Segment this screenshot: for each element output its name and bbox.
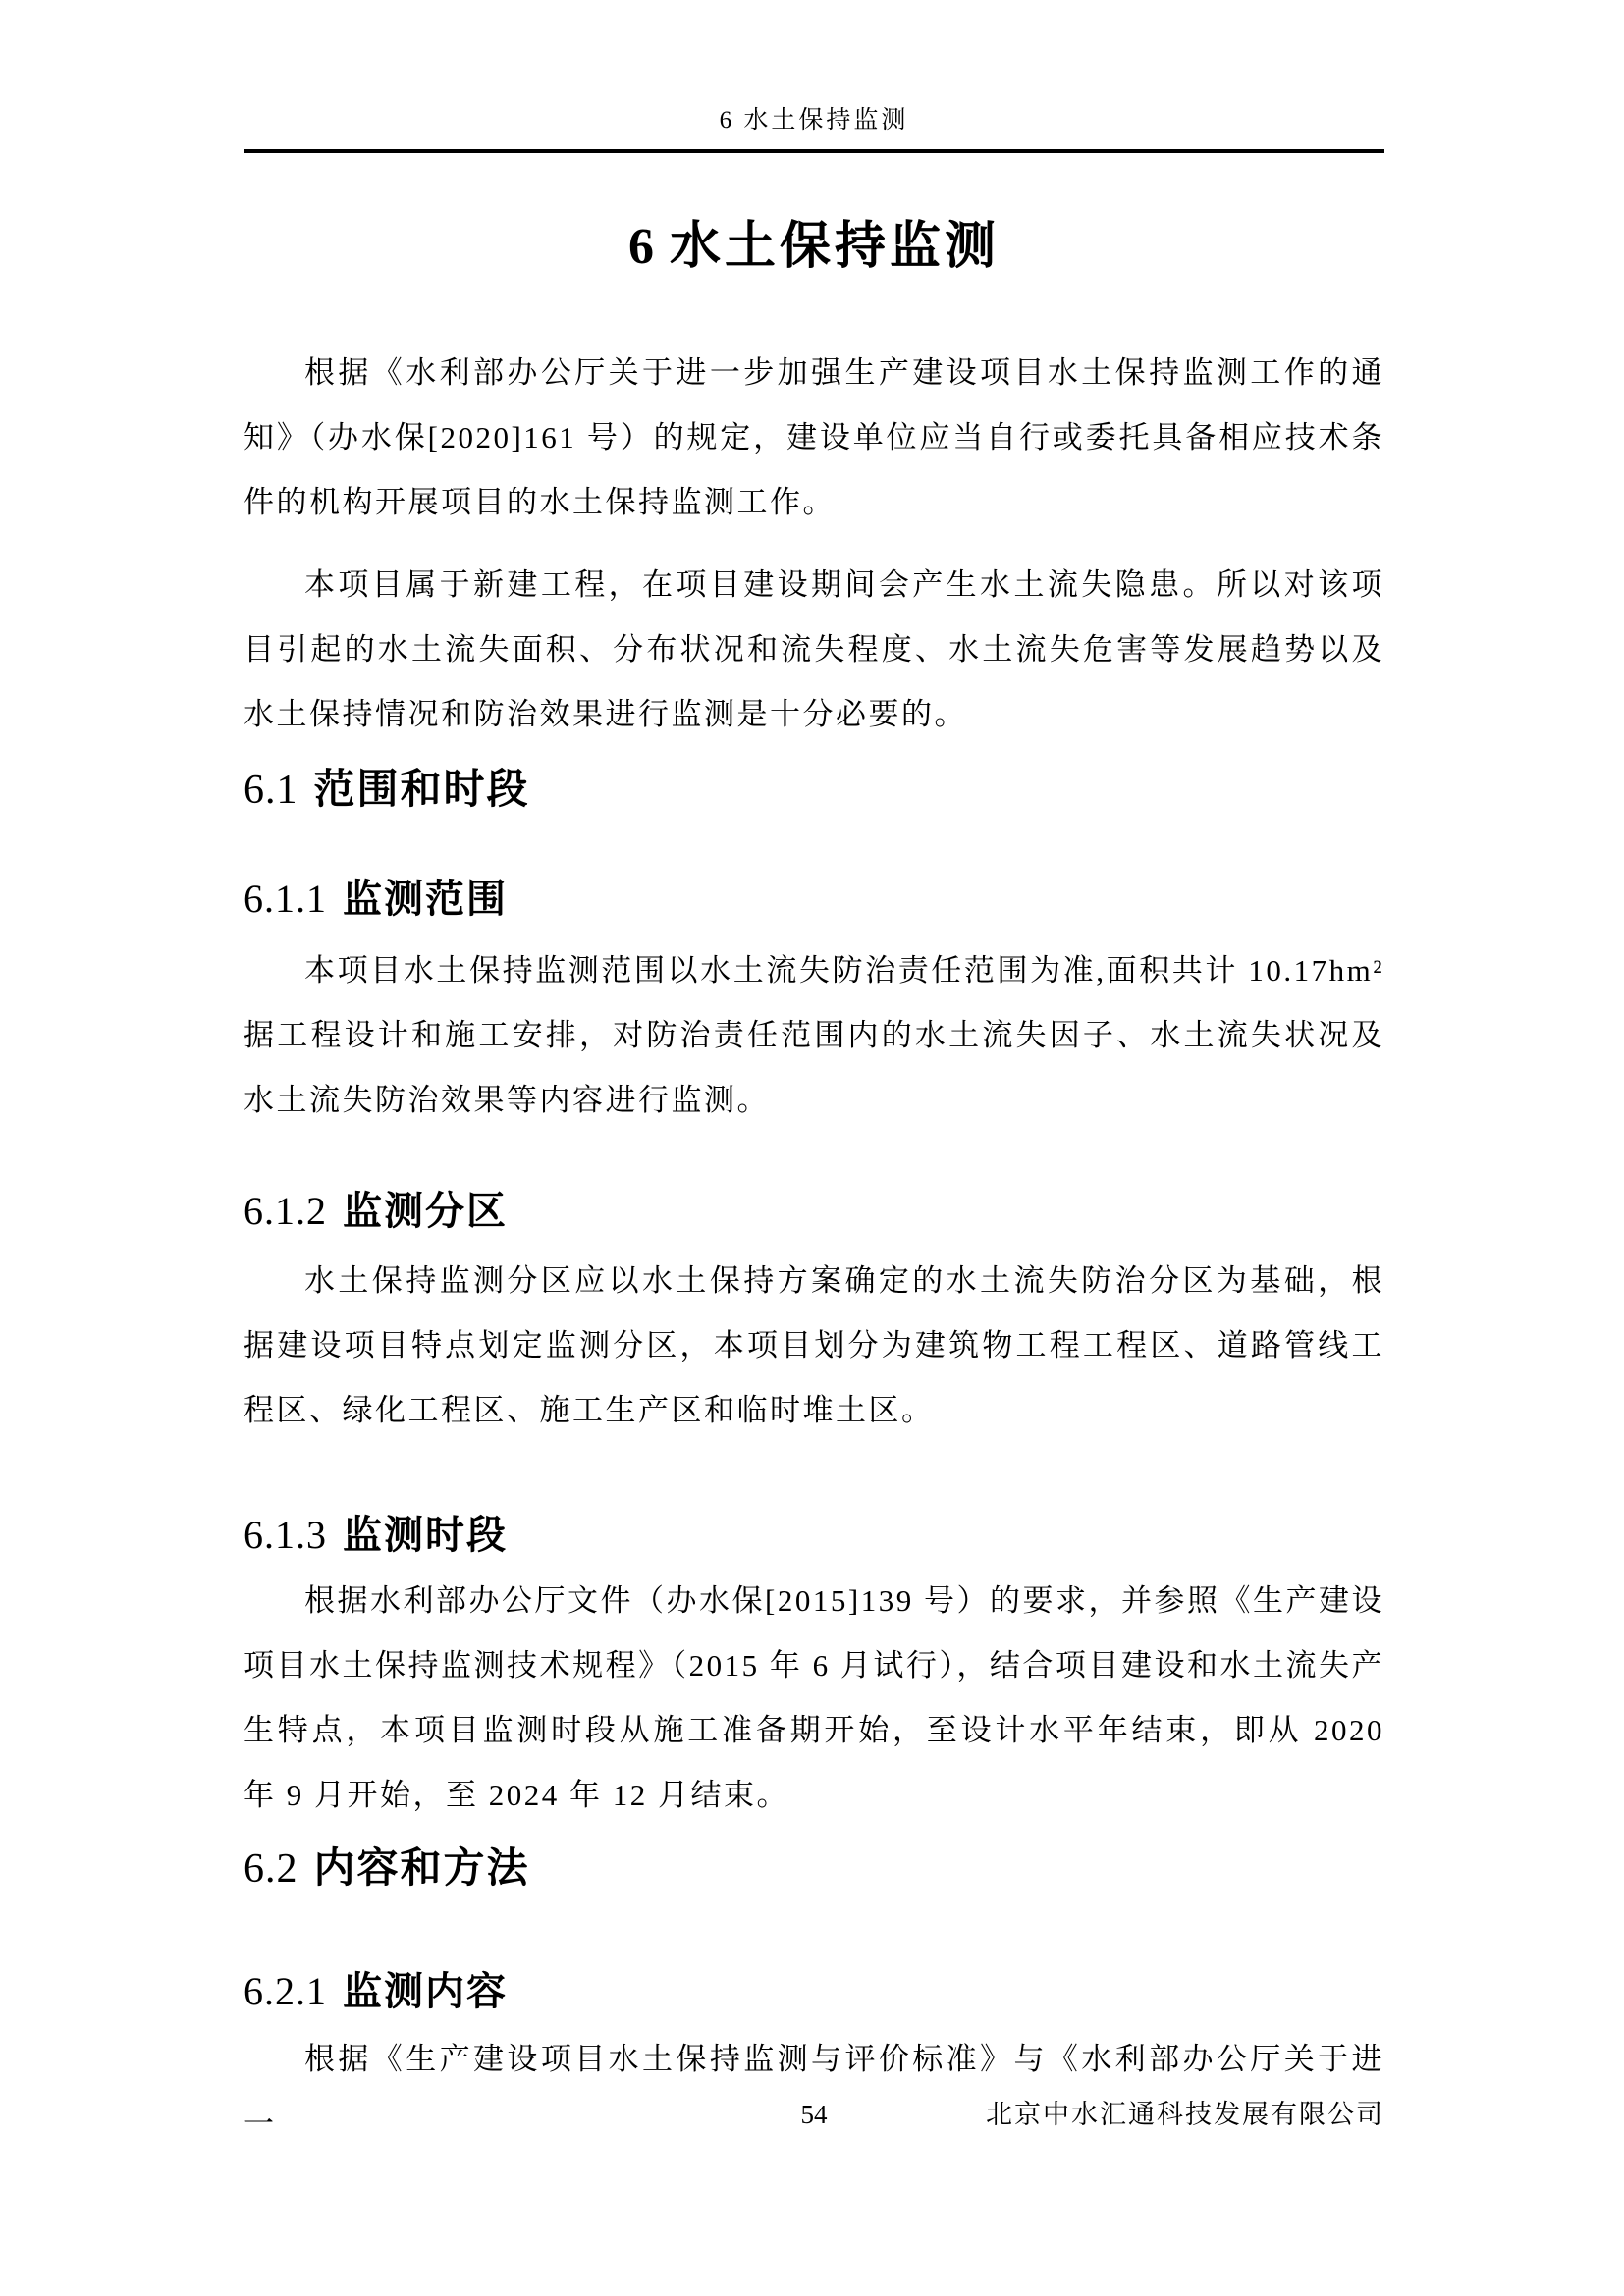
- heading-6-1-2-number: 6.1.2: [244, 1189, 327, 1233]
- page-footer: 54 北京中水汇通科技发展有限公司: [244, 2097, 1384, 2136]
- heading-6-1: 6.1范围和时段: [244, 765, 1384, 815]
- paragraph-monitoring-necessity: 本项目属于新建工程，在项目建设期间会产生水土流失隐患。所以对该项目引起的水土流失…: [244, 553, 1384, 747]
- heading-6-2-number: 6.2: [244, 1846, 298, 1892]
- heading-6-1-1-number: 6.1.1: [244, 877, 327, 921]
- heading-6-1-1-text: 监测范围: [343, 878, 508, 921]
- paragraph-monitoring-zones: 水土保持监测分区应以水土保持方案确定的水土流失防治分区为基础，根据建设项目特点划…: [244, 1249, 1384, 1443]
- chapter-title: 6水土保持监测: [244, 208, 1384, 286]
- chapter-title-text: 水土保持监测: [670, 218, 1000, 275]
- heading-6-1-3-text: 监测时段: [343, 1514, 508, 1557]
- paragraph-monitoring-period: 根据水利部办公厅文件（办水保[2015]139 号）的要求，并参照《生产建设项目…: [244, 1569, 1384, 1828]
- chapter-number: 6: [628, 219, 658, 275]
- header-divider: [244, 149, 1384, 153]
- heading-6-1-2-text: 监测分区: [343, 1190, 508, 1233]
- heading-6-1-2: 6.1.2监测分区: [244, 1188, 1384, 1235]
- heading-6-1-3-number: 6.1.3: [244, 1513, 327, 1557]
- document-page: 6 水土保持监测 6水土保持监测 根据《水利部办公厅关于进一步加强生产建设项目水…: [0, 0, 1624, 2296]
- heading-6-2: 6.2内容和方法: [244, 1843, 1384, 1894]
- paragraph-regulation-basis: 根据《水利部办公厅关于进一步加强生产建设项目水土保持监测工作的通知》（办水保[2…: [244, 341, 1384, 535]
- paragraph-monitoring-scope: 本项目水土保持监测范围以水土流失防治责任范围为准,面积共计 10.17hm²据工…: [244, 938, 1384, 1133]
- heading-6-2-text: 内容和方法: [314, 1844, 530, 1891]
- footer-company-name: 北京中水汇通科技发展有限公司: [986, 2097, 1384, 2132]
- page-number: 54: [801, 2097, 828, 2132]
- heading-6-2-1: 6.2.1监测内容: [244, 1968, 1384, 2015]
- heading-6-2-1-number: 6.2.1: [244, 1969, 327, 2013]
- page-header: 6 水土保持监测: [244, 0, 1384, 153]
- heading-6-2-1-text: 监测内容: [343, 1970, 508, 2013]
- paragraph-monitoring-content: 根据《生产建设项目水土保持监测与评价标准》与《水利部办公厅关于进一: [244, 2027, 1384, 2157]
- heading-6-1-number: 6.1: [244, 768, 298, 813]
- heading-6-1-3: 6.1.3监测时段: [244, 1512, 1384, 1559]
- heading-6-1-text: 范围和时段: [314, 766, 530, 812]
- heading-6-1-1: 6.1.1监测范围: [244, 876, 1384, 923]
- running-header-title: 6 水土保持监测: [244, 106, 1384, 135]
